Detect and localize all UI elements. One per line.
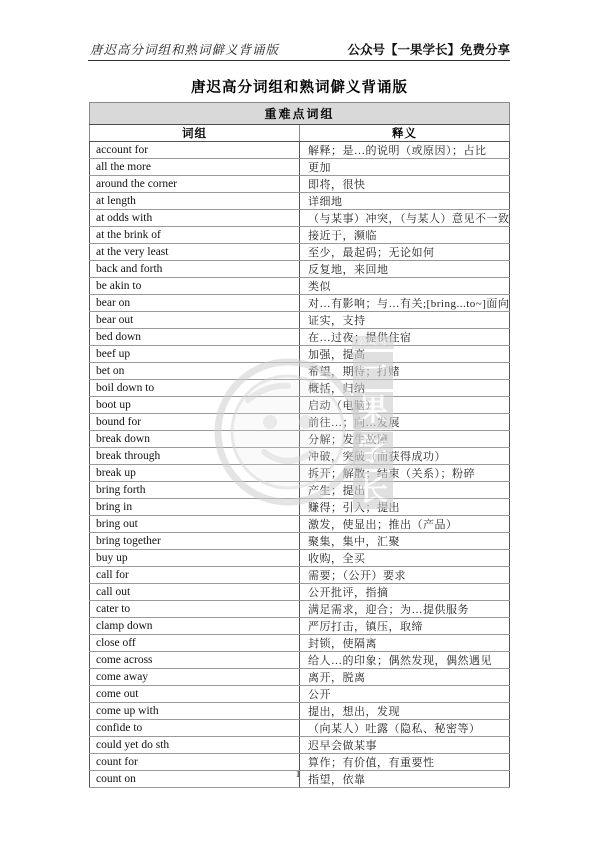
meaning-cell: 需要；（公开）要求	[300, 567, 510, 584]
table-row: all the more更加	[90, 159, 510, 176]
meaning-cell: 更加	[300, 159, 510, 176]
meaning-cell: 聚集，集中，汇聚	[300, 533, 510, 550]
table-body: account for解释；是…的说明（或原因）；占比all the more更…	[90, 142, 510, 788]
phrase-cell: at odds with	[90, 210, 300, 227]
table-row: cater to满足需求，迎合；为…提供服务	[90, 601, 510, 618]
table-row: come up with提出，想出，发现	[90, 703, 510, 720]
meaning-cell: 赚得；引入；提出	[300, 499, 510, 516]
table-row: bring out激发，使显出；推出（产品）	[90, 516, 510, 533]
table-row: count on指望，依靠	[90, 771, 510, 788]
meaning-cell: 分解；发生故障	[300, 431, 510, 448]
meaning-cell: （与某事）冲突，（与某人）意见不一致	[300, 210, 510, 227]
phrase-cell: call for	[90, 567, 300, 584]
meaning-cell: 算作；有价值，有重要性	[300, 754, 510, 771]
phrase-cell: bring out	[90, 516, 300, 533]
meaning-cell: 产生；提出	[300, 482, 510, 499]
table-row: bring forth产生；提出	[90, 482, 510, 499]
phrase-cell: at length	[90, 193, 300, 210]
table-row: come across给人…的印象；偶然发现，偶然遇见	[90, 652, 510, 669]
meaning-cell: 前往…；向…发展	[300, 414, 510, 431]
phrase-cell: bring forth	[90, 482, 300, 499]
table-row: at odds with（与某事）冲突，（与某人）意见不一致	[90, 210, 510, 227]
phrase-cell: bring in	[90, 499, 300, 516]
meaning-cell: 详细地	[300, 193, 510, 210]
table-row: bear out证实，支持	[90, 312, 510, 329]
meaning-cell: 证实，支持	[300, 312, 510, 329]
table-row: be akin to类似	[90, 278, 510, 295]
meaning-cell: 解释；是…的说明（或原因）；占比	[300, 142, 510, 159]
table-row: back and forth反复地，来回地	[90, 261, 510, 278]
table-row: boil down to概括，归纳	[90, 380, 510, 397]
phrase-cell: bet on	[90, 363, 300, 380]
phrase-cell: close off	[90, 635, 300, 652]
meaning-cell: 类似	[300, 278, 510, 295]
phrase-cell: count for	[90, 754, 300, 771]
table-row: account for解释；是…的说明（或原因）；占比	[90, 142, 510, 159]
table-row: confide to（向某人）吐露（隐私、秘密等）	[90, 720, 510, 737]
phrase-cell: could yet do sth	[90, 737, 300, 754]
phrase-cell: bear out	[90, 312, 300, 329]
phrase-cell: clamp down	[90, 618, 300, 635]
table-row: bed down在…过夜；提供住宿	[90, 329, 510, 346]
meaning-cell: 概括，归纳	[300, 380, 510, 397]
table-row: close off封锁，使隔离	[90, 635, 510, 652]
phrase-cell: break up	[90, 465, 300, 482]
section-header-label: 重难点词组	[90, 103, 510, 125]
table-row: buy up收购，全买	[90, 550, 510, 567]
table-row: at length详细地	[90, 193, 510, 210]
meaning-cell: 对…有影响；与…有关;[bring...to~]面向，针对	[300, 295, 510, 312]
meaning-cell: 离开，脱离	[300, 669, 510, 686]
meaning-cell: 指望，依靠	[300, 771, 510, 788]
phrase-cell: boot up	[90, 397, 300, 414]
running-header-right: 公众号【一果学长】免费分享	[347, 40, 510, 58]
meaning-cell: 在…过夜；提供住宿	[300, 329, 510, 346]
phrase-cell: be akin to	[90, 278, 300, 295]
table-row: bring in赚得；引入；提出	[90, 499, 510, 516]
meaning-cell: 即将，很快	[300, 176, 510, 193]
phrase-cell: bring together	[90, 533, 300, 550]
meaning-cell: 激发，使显出；推出（产品）	[300, 516, 510, 533]
meaning-cell: 拆开；解散；结束（关系）；粉碎	[300, 465, 510, 482]
phrase-cell: come out	[90, 686, 300, 703]
phrase-cell: break down	[90, 431, 300, 448]
phrase-cell: come across	[90, 652, 300, 669]
phrase-cell: bound for	[90, 414, 300, 431]
phrase-cell: bed down	[90, 329, 300, 346]
table-row: come out公开	[90, 686, 510, 703]
phrase-cell: break through	[90, 448, 300, 465]
meaning-cell: 提出，想出，发现	[300, 703, 510, 720]
phrase-cell: back and forth	[90, 261, 300, 278]
meaning-cell: 启动（电脑）	[300, 397, 510, 414]
phrase-cell: at the brink of	[90, 227, 300, 244]
meaning-cell: 冲破，突破（而获得成功）	[300, 448, 510, 465]
meaning-cell: 给人…的印象；偶然发现，偶然遇见	[300, 652, 510, 669]
running-header: 唐迟高分词组和熟词僻义背诵版 公众号【一果学长】免费分享	[90, 40, 510, 58]
table-row: call for需要；（公开）要求	[90, 567, 510, 584]
meaning-cell: 反复地，来回地	[300, 261, 510, 278]
phrase-cell: buy up	[90, 550, 300, 567]
meaning-cell: 公开批评，指摘	[300, 584, 510, 601]
table-row: bear on对…有影响；与…有关;[bring...to~]面向，针对	[90, 295, 510, 312]
meaning-cell: （向某人）吐露（隐私、秘密等）	[300, 720, 510, 737]
page-title: 唐迟高分词组和熟词僻义背诵版	[89, 76, 510, 97]
phrase-cell: account for	[90, 142, 300, 159]
table-row: at the brink of接近于，濒临	[90, 227, 510, 244]
meaning-cell: 至少，最起码；无论如何	[300, 244, 510, 261]
table-row: break through冲破，突破（而获得成功）	[90, 448, 510, 465]
meaning-cell: 封锁，使隔离	[300, 635, 510, 652]
running-header-left: 唐迟高分词组和熟词僻义背诵版	[90, 40, 279, 58]
phrase-cell: come up with	[90, 703, 300, 720]
column-header-meaning: 释义	[300, 125, 510, 142]
phrase-cell: confide to	[90, 720, 300, 737]
table-row: boot up启动（电脑）	[90, 397, 510, 414]
table-row: break up拆开；解散；结束（关系）；粉碎	[90, 465, 510, 482]
meaning-cell: 收购，全买	[300, 550, 510, 567]
phrase-cell: all the more	[90, 159, 300, 176]
phrase-cell: cater to	[90, 601, 300, 618]
table-row: count for算作；有价值，有重要性	[90, 754, 510, 771]
table-row: at the very least至少，最起码；无论如何	[90, 244, 510, 261]
phrase-cell: come away	[90, 669, 300, 686]
vocab-table: 重难点词组 词组 释义 account for解释；是…的说明（或原因）；占比a…	[89, 102, 510, 788]
header-rule	[88, 60, 510, 61]
phrase-cell: bear on	[90, 295, 300, 312]
table-row: clamp down严厉打击，镇压，取缔	[90, 618, 510, 635]
phrase-cell: at the very least	[90, 244, 300, 261]
meaning-cell: 公开	[300, 686, 510, 703]
table-column-header-row: 词组 释义	[90, 125, 510, 142]
table-row: bring together聚集，集中，汇聚	[90, 533, 510, 550]
table-row: break down分解；发生故障	[90, 431, 510, 448]
table-row: come away离开，脱离	[90, 669, 510, 686]
table-row: beef up加强，提高	[90, 346, 510, 363]
table-row: call out公开批评，指摘	[90, 584, 510, 601]
phrase-cell: boil down to	[90, 380, 300, 397]
column-header-phrase: 词组	[90, 125, 300, 142]
meaning-cell: 希望，期待；打赌	[300, 363, 510, 380]
meaning-cell: 满足需求，迎合；为…提供服务	[300, 601, 510, 618]
meaning-cell: 加强，提高	[300, 346, 510, 363]
phrase-cell: beef up	[90, 346, 300, 363]
meaning-cell: 迟早会做某事	[300, 737, 510, 754]
table-row: could yet do sth迟早会做某事	[90, 737, 510, 754]
table-row: around the corner即将，很快	[90, 176, 510, 193]
phrase-cell: count on	[90, 771, 300, 788]
meaning-cell: 接近于，濒临	[300, 227, 510, 244]
table-section-header-row: 重难点词组	[90, 103, 510, 125]
table-row: bound for前往…；向…发展	[90, 414, 510, 431]
meaning-cell: 严厉打击，镇压，取缔	[300, 618, 510, 635]
phrase-cell: call out	[90, 584, 300, 601]
phrase-cell: around the corner	[90, 176, 300, 193]
table-row: bet on希望，期待；打赌	[90, 363, 510, 380]
